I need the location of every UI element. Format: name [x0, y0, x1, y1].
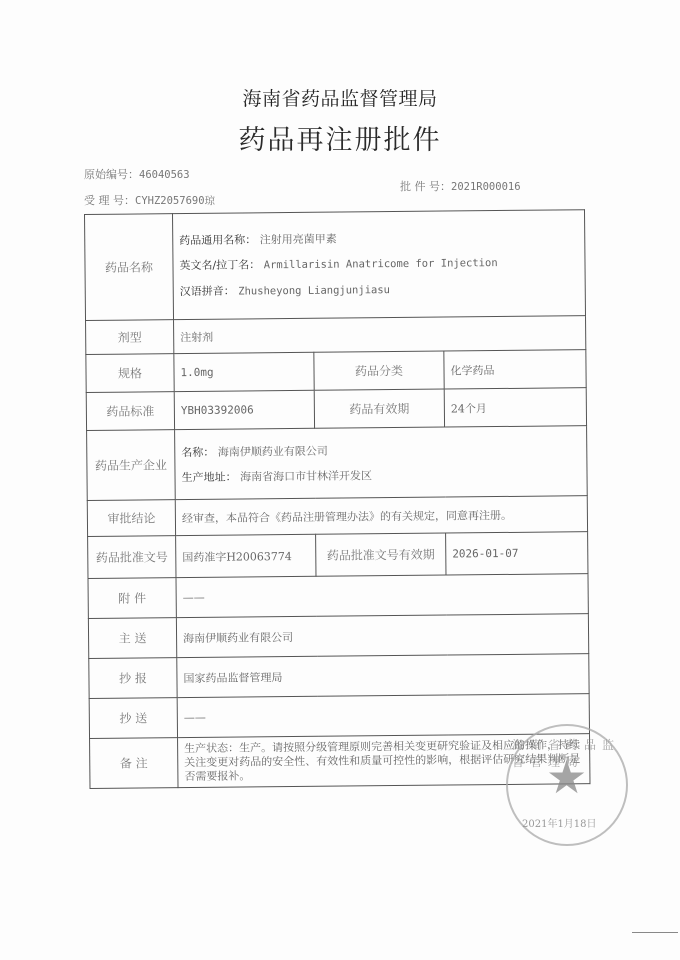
attachments-value: —— — [176, 574, 588, 618]
manufacturer-name-label: 名称： — [181, 445, 214, 458]
table-row: 抄 报 国家药品监督管理局 — [89, 654, 589, 699]
manufacturer-address-label: 生产地址： — [181, 470, 236, 484]
approval-number-label: 药品批准文号 — [88, 536, 176, 579]
approval-document-number: 批 件 号：2021R000016 — [400, 178, 521, 194]
generic-name-label: 药品通用名称： — [179, 233, 256, 247]
standard-value: YBH03392006 — [174, 390, 314, 429]
english-name-label: 英文名/拉丁名： — [179, 258, 260, 272]
original-number-label: 原始编号： — [84, 168, 139, 181]
approval-document-number-label: 批 件 号： — [400, 180, 451, 193]
official-seal: 海南省药品监督管理局 ★ 2021年1月18日 — [506, 724, 628, 846]
acceptance-number: 受 理 号：CYHZ2057690琼 — [84, 192, 215, 208]
attachments-label: 附 件 — [88, 578, 176, 619]
original-number: 原始编号：46040563 — [84, 166, 190, 182]
generic-name-value: 注射用亮菌甲素 — [260, 233, 337, 247]
pinyin-label: 汉语拼音： — [180, 285, 235, 299]
send-to-value: 海南伊顺药业有限公司 — [176, 614, 588, 658]
acceptance-number-value: CYHZ2057690琼 — [135, 195, 215, 207]
document-title: 药品再注册批件 — [0, 118, 680, 157]
english-name-line: 英文名/拉丁名： Armillarisin Anatricome for Inj… — [179, 249, 578, 279]
acceptance-number-label: 受 理 号： — [84, 194, 135, 207]
table-row: 规格 1.0mg 药品分类 化学药品 — [86, 350, 586, 393]
specification-value: 1.0mg — [174, 352, 314, 391]
manufacturer-cell: 名称： 海南伊顺药业有限公司 生产地址： 海南省海口市甘林洋开发区 — [175, 426, 588, 500]
organization-name: 海南省药品监督管理局 — [0, 84, 680, 111]
remarks-label: 备 注 — [90, 738, 178, 789]
table-row: 抄 送 —— — [89, 694, 589, 739]
conclusion-value: 经审查，本品符合《药品注册管理办法》的有关规定，同意再注册。 — [175, 496, 587, 536]
report-to-label: 抄 报 — [89, 658, 177, 699]
approval-number-value: 国药准字H20063774 — [176, 534, 316, 577]
table-row: 药品名称 药品通用名称： 注射用亮菌甲素 英文名/拉丁名： Armillaris… — [85, 210, 586, 321]
manufacturer-name-line: 名称： 海南伊顺药业有限公司 — [181, 436, 580, 465]
star-icon: ★ — [546, 754, 587, 800]
drug-name-cell: 药品通用名称： 注射用亮菌甲素 英文名/拉丁名： Armillarisin An… — [173, 210, 586, 320]
category-label: 药品分类 — [314, 351, 444, 390]
copy-to-label: 抄 送 — [89, 698, 177, 739]
specification-label: 规格 — [86, 354, 174, 393]
conclusion-label: 审批结论 — [87, 500, 175, 537]
approval-document-number-value: 2021R000016 — [451, 181, 521, 193]
seal-date: 2021年1月18日 — [522, 815, 597, 830]
standard-label: 药品标准 — [86, 392, 174, 431]
table-row: 药品生产企业 名称： 海南伊顺药业有限公司 生产地址： 海南省海口市甘林洋开发区 — [87, 426, 588, 501]
original-number-value: 46040563 — [139, 169, 190, 181]
scan-mark-divider — [632, 932, 678, 933]
table-row: 药品批准文号 国药准字H20063774 药品批准文号有效期 2026-01-0… — [88, 532, 588, 579]
drug-name-label: 药品名称 — [85, 214, 174, 321]
registration-form-table: 药品名称 药品通用名称： 注射用亮菌甲素 英文名/拉丁名： Armillaris… — [84, 209, 590, 789]
manufacturer-label: 药品生产企业 — [87, 430, 176, 501]
send-to-label: 主 送 — [88, 618, 176, 659]
shelf-life-label: 药品有效期 — [314, 389, 444, 428]
table-row: 附 件 —— — [88, 574, 588, 619]
pinyin-line: 汉语拼音： Zhusheyong Liangjunjiasu — [180, 275, 579, 305]
manufacturer-address-line: 生产地址： 海南省海口市甘林洋开发区 — [181, 461, 580, 490]
category-value: 化学药品 — [444, 350, 586, 389]
approval-validity-value: 2026-01-07 — [446, 532, 588, 575]
dosage-form-value: 注射剂 — [174, 316, 586, 354]
english-name-value: Armillarisin Anatricome for Injection — [264, 257, 498, 271]
copy-to-value: —— — [177, 694, 589, 738]
table-row: 药品标准 YBH03392006 药品有效期 24个月 — [86, 388, 586, 431]
table-row: 审批结论 经审查，本品符合《药品注册管理办法》的有关规定，同意再注册。 — [87, 496, 587, 537]
table-row: 主 送 海南伊顺药业有限公司 — [88, 614, 588, 659]
shelf-life-value: 24个月 — [444, 388, 586, 427]
report-to-value: 国家药品监督管理局 — [177, 654, 589, 698]
dosage-form-label: 剂型 — [86, 320, 174, 355]
table-row: 剂型 注射剂 — [86, 316, 586, 355]
pinyin-value: Zhusheyong Liangjunjiasu — [238, 284, 390, 297]
manufacturer-name-value: 海南伊顺药业有限公司 — [218, 444, 328, 458]
manufacturer-address-value: 海南省海口市甘林洋开发区 — [240, 469, 372, 483]
generic-name-line: 药品通用名称： 注射用亮菌甲素 — [179, 224, 578, 253]
approval-validity-label: 药品批准文号有效期 — [316, 533, 446, 576]
